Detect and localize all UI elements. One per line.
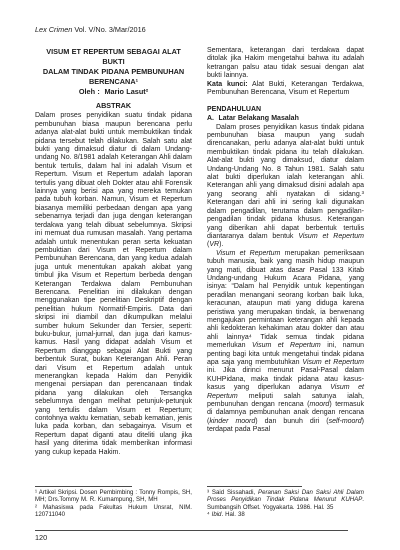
article-title-line: BERENCANA¹ (35, 77, 192, 87)
footnote-1: ¹ Artikel Skripsi. Dosen Pembimbing : To… (35, 489, 192, 504)
abstract-heading: ABSTRAK (35, 102, 192, 110)
left-footnotes: ¹ Artikel Skripsi. Dosen Pembimbing : To… (35, 489, 192, 518)
body-paragraph: Dalam proses penyidikan kasus tindak pid… (207, 124, 364, 250)
continuation-paragraph: Sementara, keterangan dari terdakwa dapa… (207, 47, 364, 81)
journal-page: Lex Crimen Vol. V/No. 3/Mar/2016 VISUM E… (0, 0, 400, 550)
right-column: Sementara, keterangan dari terdakwa dapa… (207, 47, 364, 435)
footnote-separator-right (207, 486, 302, 487)
footnote-separator-left (35, 486, 132, 487)
footnote-3: ³ Said Sissahadi, Peranan Saksi Dan Saks… (207, 489, 364, 511)
keywords-line: Kata kunci: Alat Bukti, Keterangan Terda… (207, 81, 364, 98)
page-number: 120 (35, 533, 47, 542)
section-heading-pendahuluan: PENDAHULUAN (207, 106, 364, 115)
article-title-line: DALAM TINDAK PIDANA PEMBUNUHAN (35, 67, 192, 77)
abstract-paragraph: Dalam proses penyidikan suatu tindak pid… (35, 112, 192, 457)
right-footnotes: ³ Said Sissahadi, Peranan Saksi Dan Saks… (207, 489, 364, 518)
journal-header: Lex Crimen Vol. V/No. 3/Mar/2016 (35, 25, 146, 34)
article-title-line: VISUM ET REPERTUM SEBAGAI ALAT BUKTI (35, 47, 192, 67)
body-paragraph: Visum et Repertum merupakan pemeriksaan … (207, 250, 364, 435)
author-byline: Oleh : Mario Lasut² (35, 87, 192, 97)
footer-rule (35, 530, 348, 531)
subsection-heading-latar-belakang: A. Latar Belakang Masalah (207, 115, 364, 124)
article-title: VISUM ET REPERTUM SEBAGAI ALAT BUKTI DAL… (35, 47, 192, 87)
left-column: VISUM ET REPERTUM SEBAGAI ALAT BUKTI DAL… (35, 47, 192, 457)
footnote-2: ² Mahasiswa pada Fakultas Hukum Unsrat, … (35, 504, 192, 519)
footnote-4: ⁴ Ibid. Hal. 38 (207, 511, 364, 518)
